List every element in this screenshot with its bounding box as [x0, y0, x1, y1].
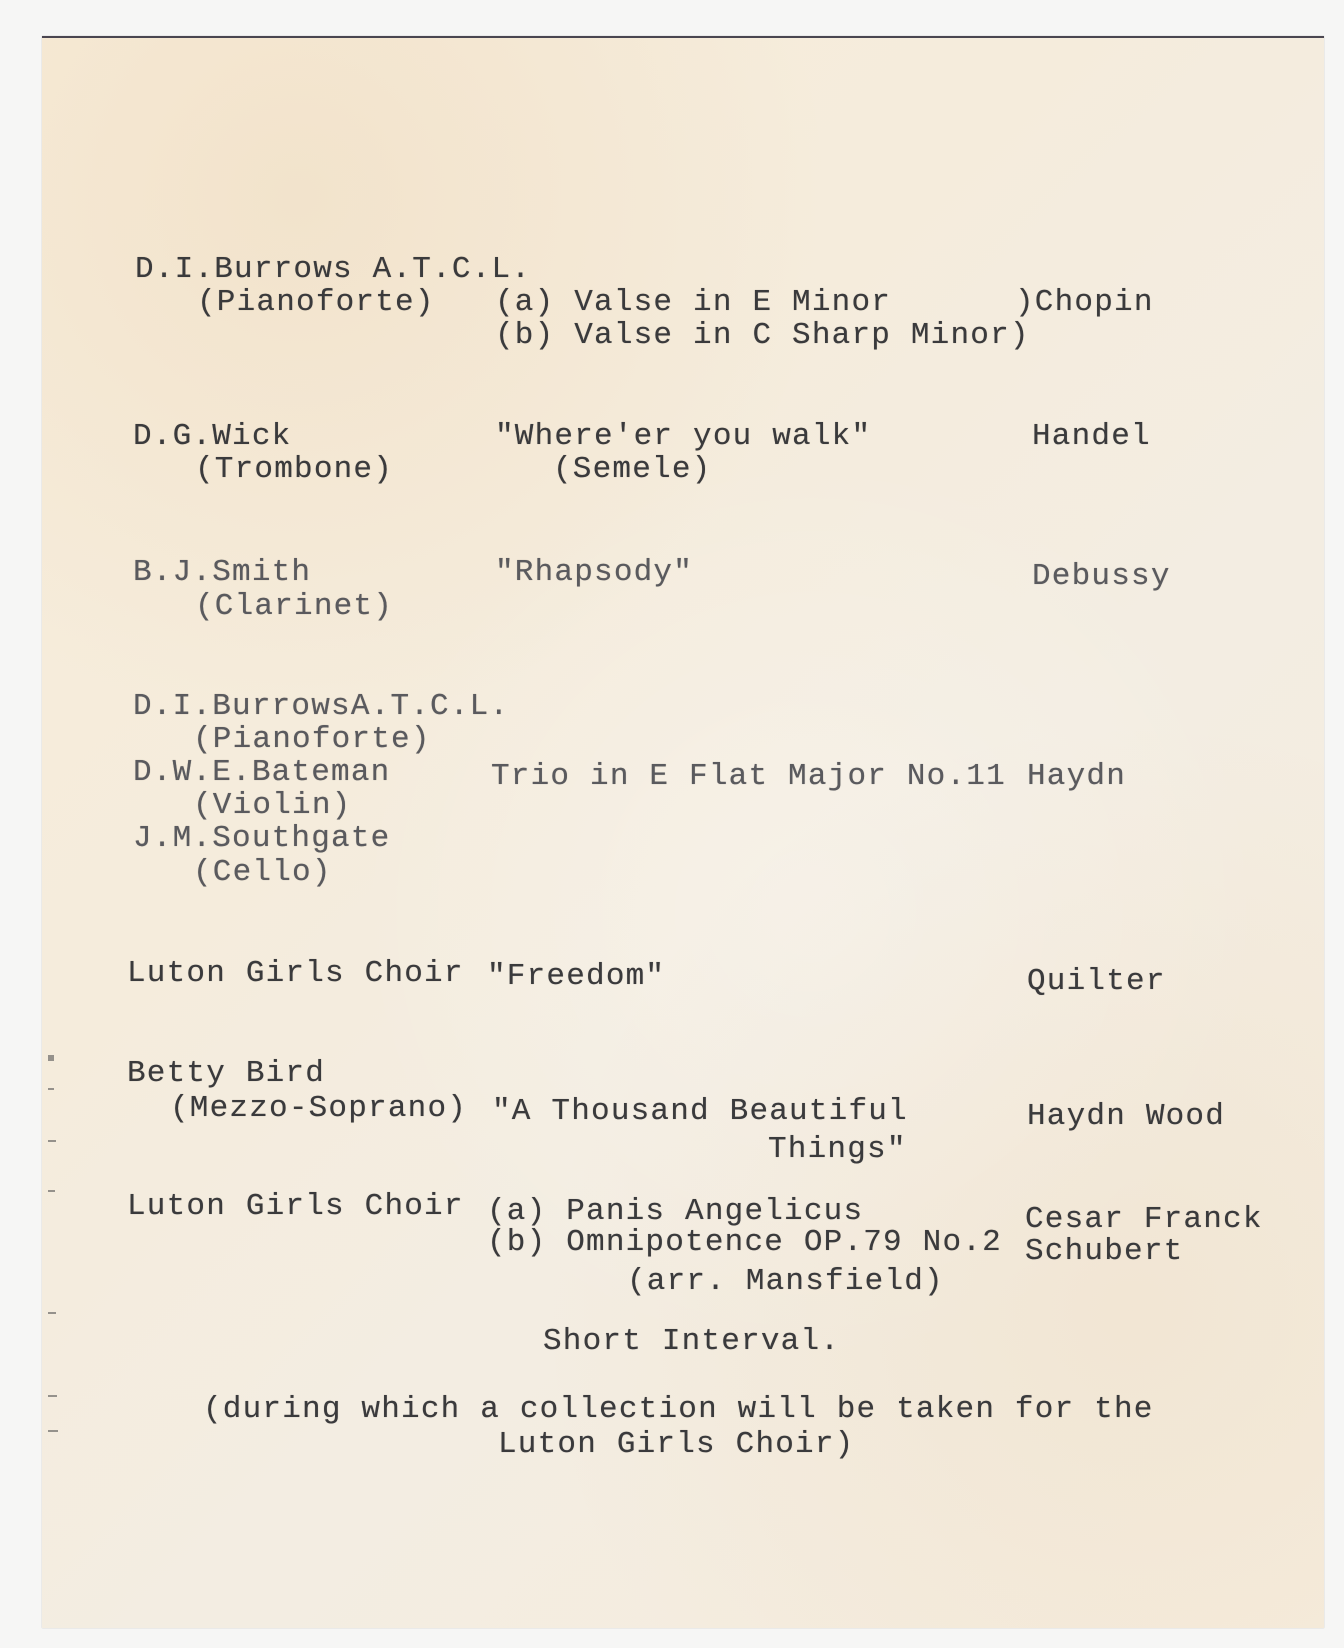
piece-title: "Freedom" — [487, 960, 665, 993]
performer-name: J.M.Southgate — [133, 822, 390, 855]
performer-instrument: (Clarinet) — [195, 590, 393, 623]
piece-title: (a) Panis Angelicus — [487, 1195, 863, 1228]
composer: Haydn — [1027, 760, 1126, 793]
performer-instrument: (Mezzo-Soprano) — [170, 1092, 467, 1125]
composer: Haydn Wood — [1027, 1100, 1225, 1133]
performer-name: D.I.Burrows A.T.C.L. — [135, 253, 531, 286]
composer: Cesar Franck — [1025, 1203, 1263, 1236]
piece-title: (b) Valse in C Sharp Minor) — [495, 319, 1030, 352]
piece-title: "A Thousand Beautiful — [492, 1095, 908, 1128]
composer: )Chopin — [1015, 286, 1154, 319]
piece-title: "Where'er you walk" — [495, 420, 871, 453]
performer-name: D.I.BurrowsA.T.C.L. — [133, 690, 509, 723]
ink-mark — [48, 1140, 56, 1142]
interval-heading: Short Interval. — [543, 1325, 840, 1358]
piece-title-continued: Things" — [768, 1133, 907, 1166]
ink-mark — [48, 1088, 54, 1090]
composer: Quilter — [1027, 965, 1166, 998]
piece-title: Trio in E Flat Major No.11 — [491, 760, 1006, 793]
performer-name: Luton Girls Choir — [127, 957, 464, 990]
interval-note: Luton Girls Choir) — [498, 1428, 854, 1461]
composer: Schubert — [1025, 1235, 1183, 1268]
piece-title: (a) Valse in E Minor — [495, 286, 891, 319]
arrangement-note: (arr. Mansfield) — [627, 1265, 944, 1298]
ink-mark — [48, 1312, 56, 1314]
performer-name: D.W.E.Bateman — [133, 756, 390, 789]
performer-name: Betty Bird — [127, 1057, 325, 1090]
performer-instrument: (Pianoforte) — [193, 723, 431, 756]
performer-name: B.J.Smith — [133, 556, 311, 589]
composer: Debussy — [1032, 560, 1171, 593]
ink-mark — [48, 1430, 58, 1432]
piece-title: "Rhapsody" — [495, 556, 693, 589]
performer-instrument: (Violin) — [193, 789, 351, 822]
performer-name: Luton Girls Choir — [127, 1190, 464, 1223]
ink-mark — [48, 1395, 57, 1397]
performer-name: D.G.Wick — [133, 420, 291, 453]
performer-instrument: (Trombone) — [195, 453, 393, 486]
piece-subtitle: (Semele) — [553, 453, 711, 486]
performer-instrument: (Pianoforte) — [197, 286, 435, 319]
composer: Handel — [1032, 420, 1151, 453]
ink-mark — [48, 1190, 55, 1192]
performer-instrument: (Cello) — [193, 856, 332, 889]
piece-title: (b) Omnipotence OP.79 No.2 — [487, 1226, 1002, 1259]
interval-note: (during which a collection will be taken… — [203, 1393, 1154, 1426]
ink-mark — [48, 1055, 54, 1061]
